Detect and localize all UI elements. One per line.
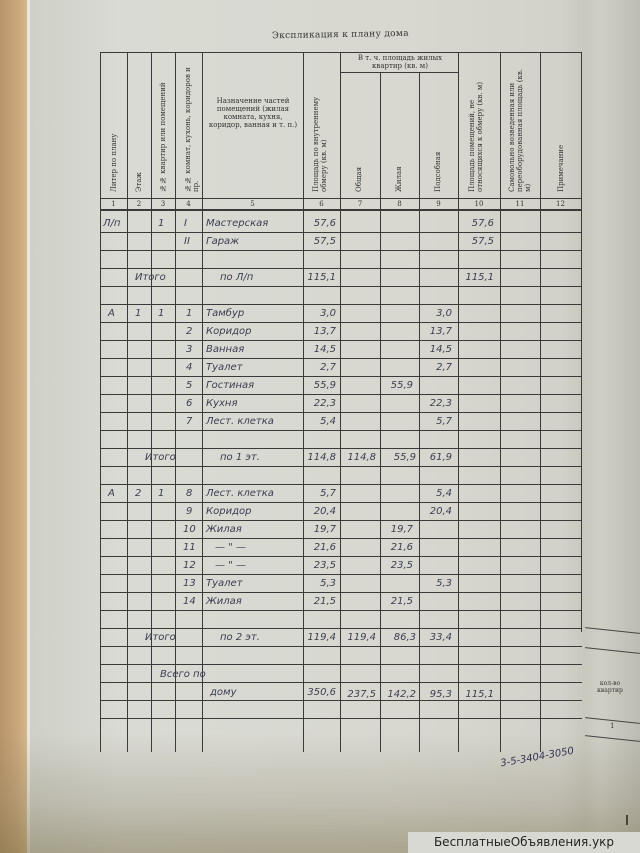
apartments-count-label: кол-во квартир	[592, 680, 628, 694]
watermark: БесплатныеОбъявления.укр	[408, 832, 640, 853]
col-number: 8	[380, 200, 419, 208]
col-header-floor: Этаж	[135, 167, 143, 192]
col-header-litera: Литер по плану	[110, 132, 118, 192]
col-number: 12	[540, 200, 581, 208]
col-header-nonresidential: Площадь помещений, не относящихся к обме…	[468, 72, 488, 192]
col-header-auxiliary: Подсобная	[434, 152, 442, 192]
col-number: 4	[175, 200, 202, 208]
col-header-living: Жилая	[395, 167, 403, 192]
col-header-room: №№ комнат, кухонь, коридоров и пр.	[184, 57, 200, 192]
col-number: 3	[151, 200, 175, 208]
col-header-total: Общая	[355, 167, 363, 192]
col-header-area: Площадь по внутреннему обмеру (кв. м)	[312, 92, 330, 192]
col-number: 7	[340, 200, 380, 208]
col-number: 10	[458, 200, 500, 208]
col-header-group: В т. ч. площадь жилых квартир (кв. м)	[344, 54, 456, 70]
explication-table: Литер по плану Этаж №№ квартир или помещ…	[100, 52, 582, 752]
col-number: 6	[303, 200, 340, 208]
col-number: 1	[100, 200, 127, 208]
col-header-apartment: №№ квартир или помещений	[159, 72, 167, 192]
col-header-purpose: Назначение частей помещений (жилая комна…	[206, 97, 300, 129]
col-number: 5	[202, 200, 303, 208]
col-header-note: Примечание	[557, 147, 565, 192]
col-number: 11	[500, 200, 540, 208]
apartments-count-value: 1	[610, 722, 614, 730]
page-edge	[27, 0, 30, 853]
col-number: 9	[419, 200, 458, 208]
document-title: Экспликация к плану дома	[272, 29, 409, 41]
col-number: 2	[127, 200, 151, 208]
col-header-unauthorized: Самовольно возведенная или переоборудова…	[508, 67, 532, 192]
